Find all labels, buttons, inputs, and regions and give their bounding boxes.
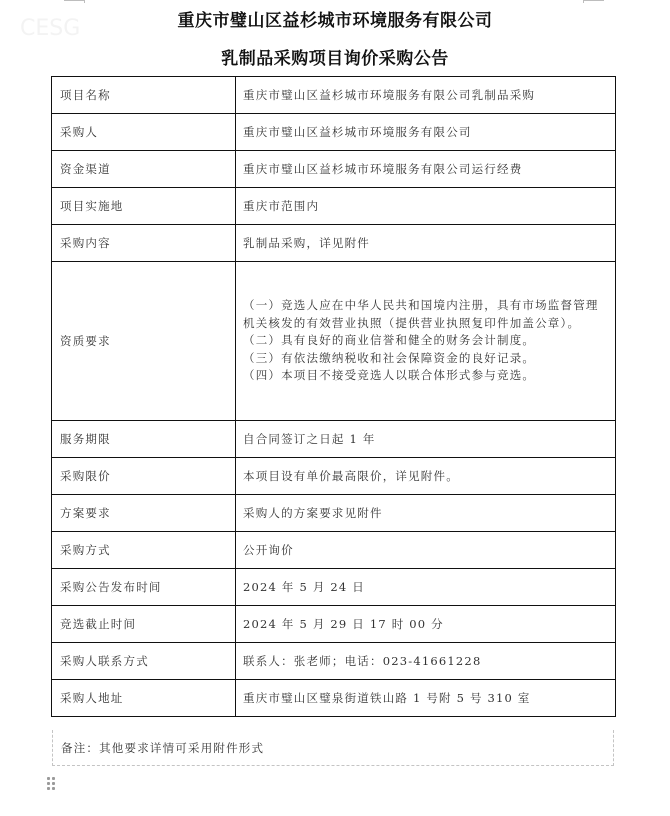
row-label: 采购人 [52, 114, 236, 151]
row-value: 重庆市璧山区益杉城市环境服务有限公司 [236, 114, 616, 151]
drag-dot [52, 782, 55, 785]
row-label: 采购方式 [52, 532, 236, 569]
table-row: 采购公告发布时间 2024 年 5 月 24 日 [52, 569, 616, 606]
row-label: 采购内容 [52, 225, 236, 262]
table-row-qualifications: 资质要求 （一）竞选人应在中华人民共和国境内注册，具有市场监督管理机关核发的有效… [52, 262, 616, 421]
row-label: 资质要求 [52, 262, 236, 421]
row-value: 自合同签订之日起 1 年 [236, 421, 616, 458]
row-label: 服务期限 [52, 421, 236, 458]
row-value: 重庆市璧山区益杉城市环境服务有限公司乳制品采购 [236, 77, 616, 114]
row-label: 采购公告发布时间 [52, 569, 236, 606]
row-label: 项目名称 [52, 77, 236, 114]
page-corner-mark-right [583, 0, 604, 3]
row-value: 2024 年 5 月 29 日 17 时 00 分 [236, 606, 616, 643]
table-row: 采购人地址 重庆市璧山区璧泉街道铁山路 1 号附 5 号 310 室 [52, 680, 616, 717]
page-corner-mark-left [64, 0, 85, 3]
qualification-item: （四）本项目不接受竞选人以联合体形式参与竞选。 [243, 367, 609, 385]
table-row: 采购限价 本项目设有单价最高限价，详见附件。 [52, 458, 616, 495]
row-value: 重庆市范围内 [236, 188, 616, 225]
drag-dot [52, 777, 55, 780]
table-row: 服务期限 自合同签订之日起 1 年 [52, 421, 616, 458]
row-value: 乳制品采购，详见附件 [236, 225, 616, 262]
row-label: 项目实施地 [52, 188, 236, 225]
row-value: 联系人：张老师；电话：023-41661228 [236, 643, 616, 680]
row-label: 采购人地址 [52, 680, 236, 717]
row-label: 资金渠道 [52, 151, 236, 188]
row-value: 采购人的方案要求见附件 [236, 495, 616, 532]
table-row: 资金渠道 重庆市璧山区益杉城市环境服务有限公司运行经费 [52, 151, 616, 188]
table-row: 项目名称 重庆市璧山区益杉城市环境服务有限公司乳制品采购 [52, 77, 616, 114]
procurement-info-table: 项目名称 重庆市璧山区益杉城市环境服务有限公司乳制品采购 采购人 重庆市璧山区益… [51, 76, 616, 717]
document-title: 重庆市璧山区益杉城市环境服务有限公司 [0, 6, 670, 31]
row-label: 采购人联系方式 [52, 643, 236, 680]
remark-note: 备注：其他要求详情可采用附件形式 [52, 730, 614, 766]
table-row: 项目实施地 重庆市范围内 [52, 188, 616, 225]
row-value: 2024 年 5 月 24 日 [236, 569, 616, 606]
table-row: 采购人 重庆市璧山区益杉城市环境服务有限公司 [52, 114, 616, 151]
table-row: 采购人联系方式 联系人：张老师；电话：023-41661228 [52, 643, 616, 680]
table-row: 方案要求 采购人的方案要求见附件 [52, 495, 616, 532]
row-label: 采购限价 [52, 458, 236, 495]
table-row: 采购方式 公开询价 [52, 532, 616, 569]
row-value: 重庆市璧山区璧泉街道铁山路 1 号附 5 号 310 室 [236, 680, 616, 717]
table-row: 竞选截止时间 2024 年 5 月 29 日 17 时 00 分 [52, 606, 616, 643]
row-label: 方案要求 [52, 495, 236, 532]
drag-dot [47, 777, 50, 780]
table-row: 采购内容 乳制品采购，详见附件 [52, 225, 616, 262]
row-value: 公开询价 [236, 532, 616, 569]
drag-dot [52, 787, 55, 790]
row-value: 本项目设有单价最高限价，详见附件。 [236, 458, 616, 495]
qualification-item: （三）有依法缴纳税收和社会保障资金的良好记录。 [243, 350, 609, 368]
row-value-qualifications: （一）竞选人应在中华人民共和国境内注册，具有市场监督管理机关核发的有效营业执照（… [236, 262, 616, 421]
qualification-item: （一）竞选人应在中华人民共和国境内注册，具有市场监督管理机关核发的有效营业执照（… [243, 297, 609, 332]
drag-dot [47, 787, 50, 790]
drag-handle-icon[interactable] [47, 777, 56, 792]
row-value: 重庆市璧山区益杉城市环境服务有限公司运行经费 [236, 151, 616, 188]
drag-dot [47, 782, 50, 785]
row-label: 竞选截止时间 [52, 606, 236, 643]
qualification-item: （二）具有良好的商业信誉和健全的财务会计制度。 [243, 332, 609, 350]
document-subtitle: 乳制品采购项目询价采购公告 [0, 44, 670, 69]
